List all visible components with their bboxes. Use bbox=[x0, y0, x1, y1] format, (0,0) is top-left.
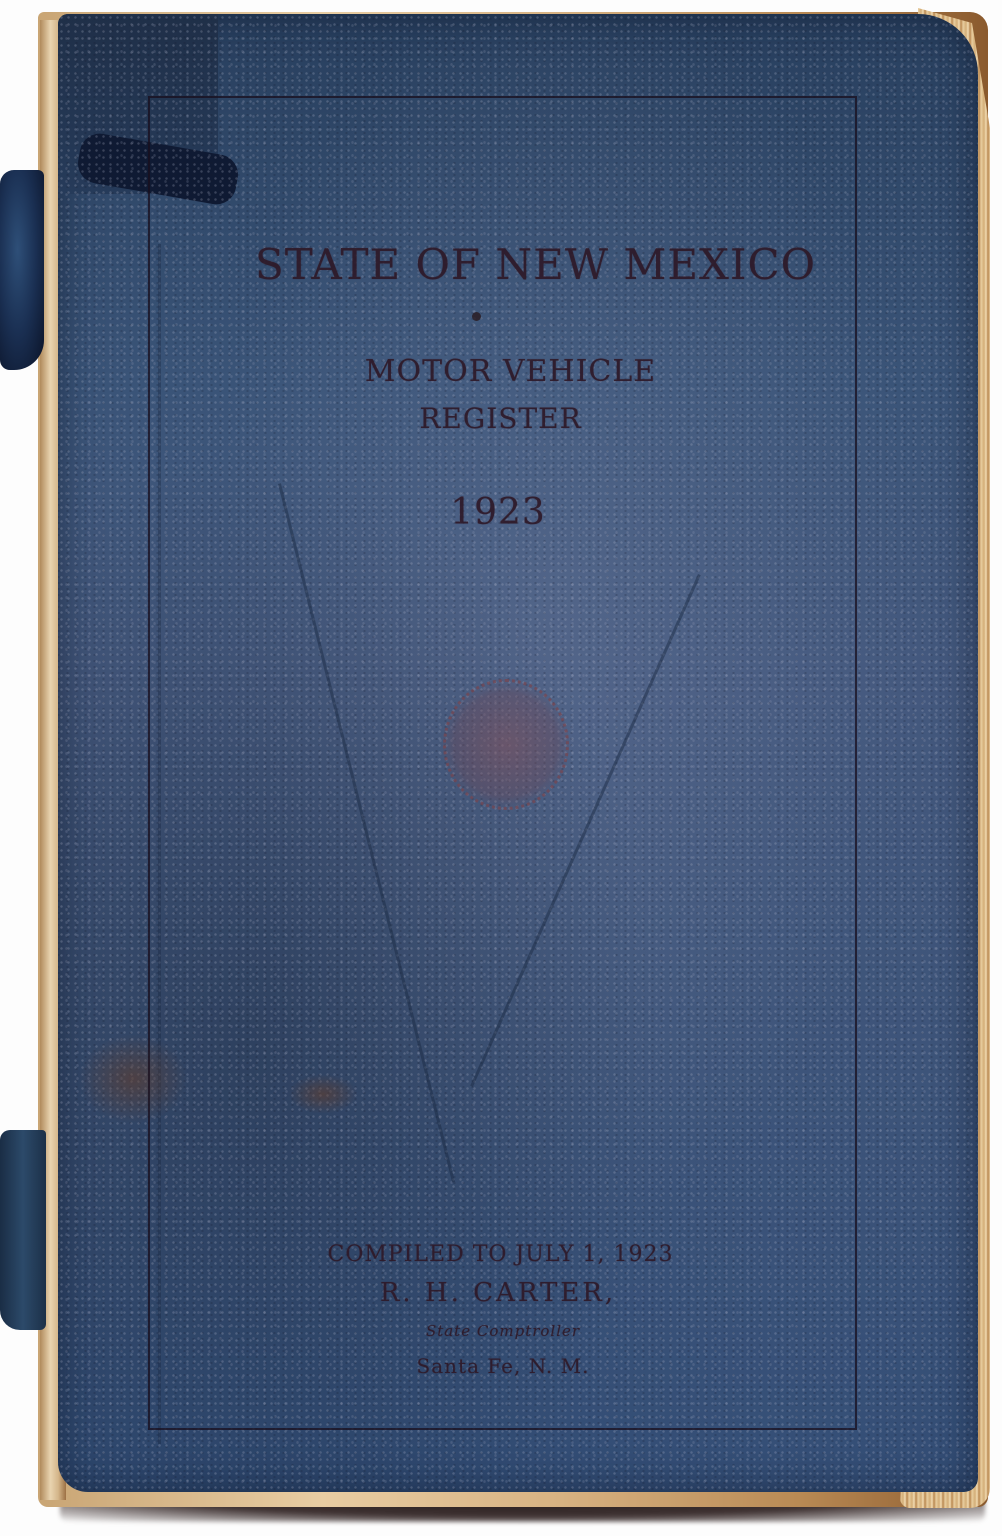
ornament-dot bbox=[472, 312, 481, 321]
book-cover: STATE OF NEW MEXICO MOTOR VEHICLE REGIST… bbox=[58, 14, 978, 1492]
publication-location: Santa Fe, N. M. bbox=[388, 1354, 618, 1378]
torn-cover-flap-bottom bbox=[0, 1130, 46, 1330]
author-title: State Comptroller bbox=[398, 1322, 608, 1340]
title-register: REGISTER bbox=[343, 402, 658, 435]
state-seal-icon bbox=[443, 679, 569, 810]
torn-cover-flap-top bbox=[0, 170, 44, 370]
title-year: 1923 bbox=[418, 492, 578, 533]
title-state: STATE OF NEW MEXICO bbox=[213, 240, 858, 289]
author-name: R. H. CARTER, bbox=[358, 1278, 638, 1308]
compiled-date: COMPILED TO JULY 1, 1923 bbox=[313, 1242, 688, 1267]
title-motor-vehicle: MOTOR VEHICLE bbox=[343, 354, 678, 389]
